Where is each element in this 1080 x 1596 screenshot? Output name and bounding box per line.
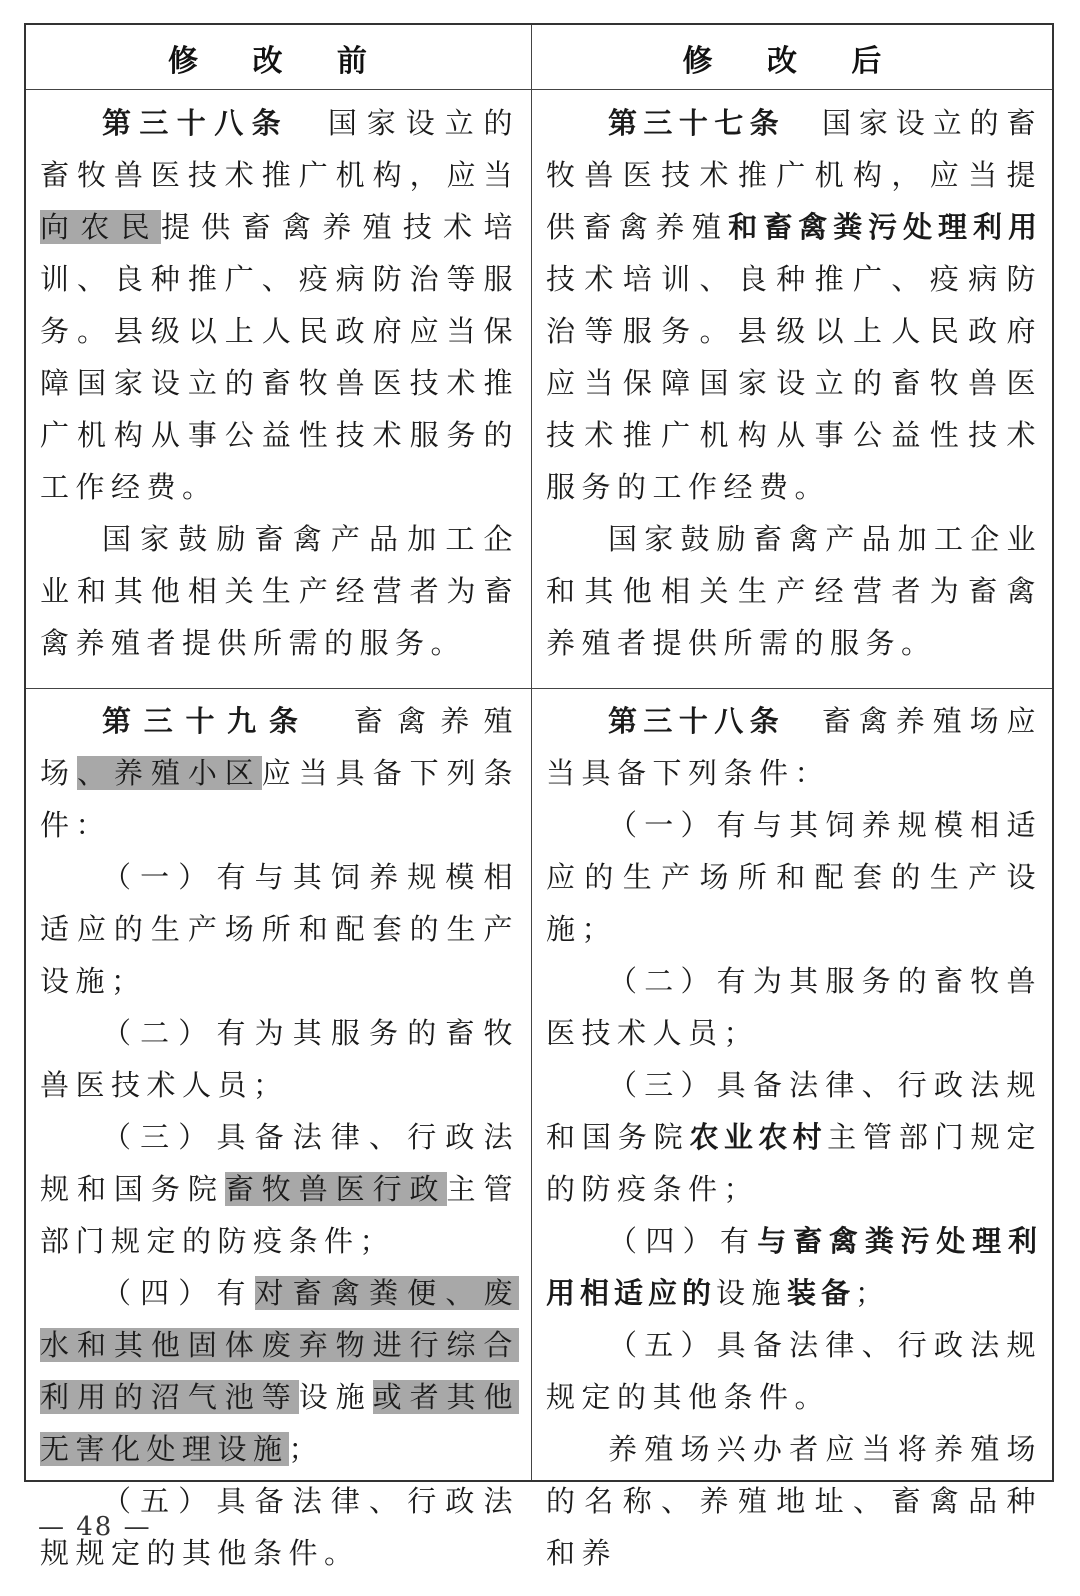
article-number: 第三十八条 <box>102 106 289 140</box>
list-item: （一）有与其饲养规模相适应的生产场所和配套的生产设施； <box>546 799 1042 955</box>
article-number: 第三十八条 <box>608 704 785 738</box>
deleted-text: 、养殖小区 <box>77 756 262 790</box>
article-number: 第三十七条 <box>608 106 785 140</box>
added-text: 农业农村 <box>690 1120 828 1154</box>
article-paragraph: 第三十七条 国家设立的畜牧兽医技术推广机构，应当提供畜禽养殖和畜禽粪污处理利用技… <box>546 97 1042 513</box>
list-item: （四）有对畜禽粪便、废水和其他固体废弃物进行综合利用的沼气池等设施或者其他无害化… <box>40 1267 519 1475</box>
paragraph: 国家鼓励畜禽产品加工企业和其他相关生产经营者为畜禽养殖者提供所需的服务。 <box>40 513 519 669</box>
list-item: （二）有为其服务的畜牧兽医技术人员； <box>546 955 1042 1059</box>
column-header-after: 修 改 后 <box>532 25 1054 91</box>
list-item: （四）有与畜禽粪污处理利用相适应的设施装备； <box>546 1215 1042 1319</box>
article-paragraph: 第三十九条 畜禽养殖场、养殖小区应当具备下列条件： <box>40 695 519 851</box>
row2-after-cell: 第三十八条 畜禽养殖场应当具备下列条件： （一）有与其饲养规模相适应的生产场所和… <box>532 695 1054 1579</box>
list-item: （三）具备法律、行政法规和国务院畜牧兽医行政主管部门规定的防疫条件； <box>40 1111 519 1267</box>
row2-before-cell: 第三十九条 畜禽养殖场、养殖小区应当具备下列条件： （一）有与其饲养规模相适应的… <box>26 695 531 1579</box>
added-text: 和畜禽粪污处理利用 <box>728 210 1042 244</box>
column-header-before: 修 改 前 <box>26 25 531 91</box>
page-number: — 48 — <box>38 1512 152 1542</box>
paragraph: 国家鼓励畜禽产品加工企业和其他相关生产经营者为畜禽养殖者提供所需的服务。 <box>546 513 1042 669</box>
row-divider <box>26 688 1052 689</box>
list-item: （三）具备法律、行政法规和国务院农业农村主管部门规定的防疫条件； <box>546 1059 1042 1215</box>
deleted-text: 向农民 <box>40 210 161 244</box>
article-paragraph: 第三十八条 畜禽养殖场应当具备下列条件： <box>546 695 1042 799</box>
deleted-text: 畜牧兽医行政 <box>225 1172 447 1206</box>
list-item: （一）有与其饲养规模相适应的生产场所和配套的生产设施； <box>40 851 519 1007</box>
added-text: 装备 <box>787 1276 855 1310</box>
paragraph: 养殖场兴办者应当将养殖场的名称、养殖地址、畜禽品种和养 <box>546 1423 1042 1579</box>
list-item: （二）有为其服务的畜牧兽医技术人员； <box>40 1007 519 1111</box>
row1-after-cell: 第三十七条 国家设立的畜牧兽医技术推广机构，应当提供畜禽养殖和畜禽粪污处理利用技… <box>532 97 1054 669</box>
list-item: （五）具备法律、行政法规规定的其他条件。 <box>546 1319 1042 1423</box>
article-number: 第三十九条 <box>102 704 311 738</box>
comparison-table: 修 改 前 修 改 后 第三十八条 国家设立的畜牧兽医技术推广机构，应当向农民提… <box>24 23 1054 1482</box>
article-paragraph: 第三十八条 国家设立的畜牧兽医技术推广机构，应当向农民提供畜禽养殖技术培训、良种… <box>40 97 519 513</box>
row1-before-cell: 第三十八条 国家设立的畜牧兽医技术推广机构，应当向农民提供畜禽养殖技术培训、良种… <box>26 97 531 669</box>
